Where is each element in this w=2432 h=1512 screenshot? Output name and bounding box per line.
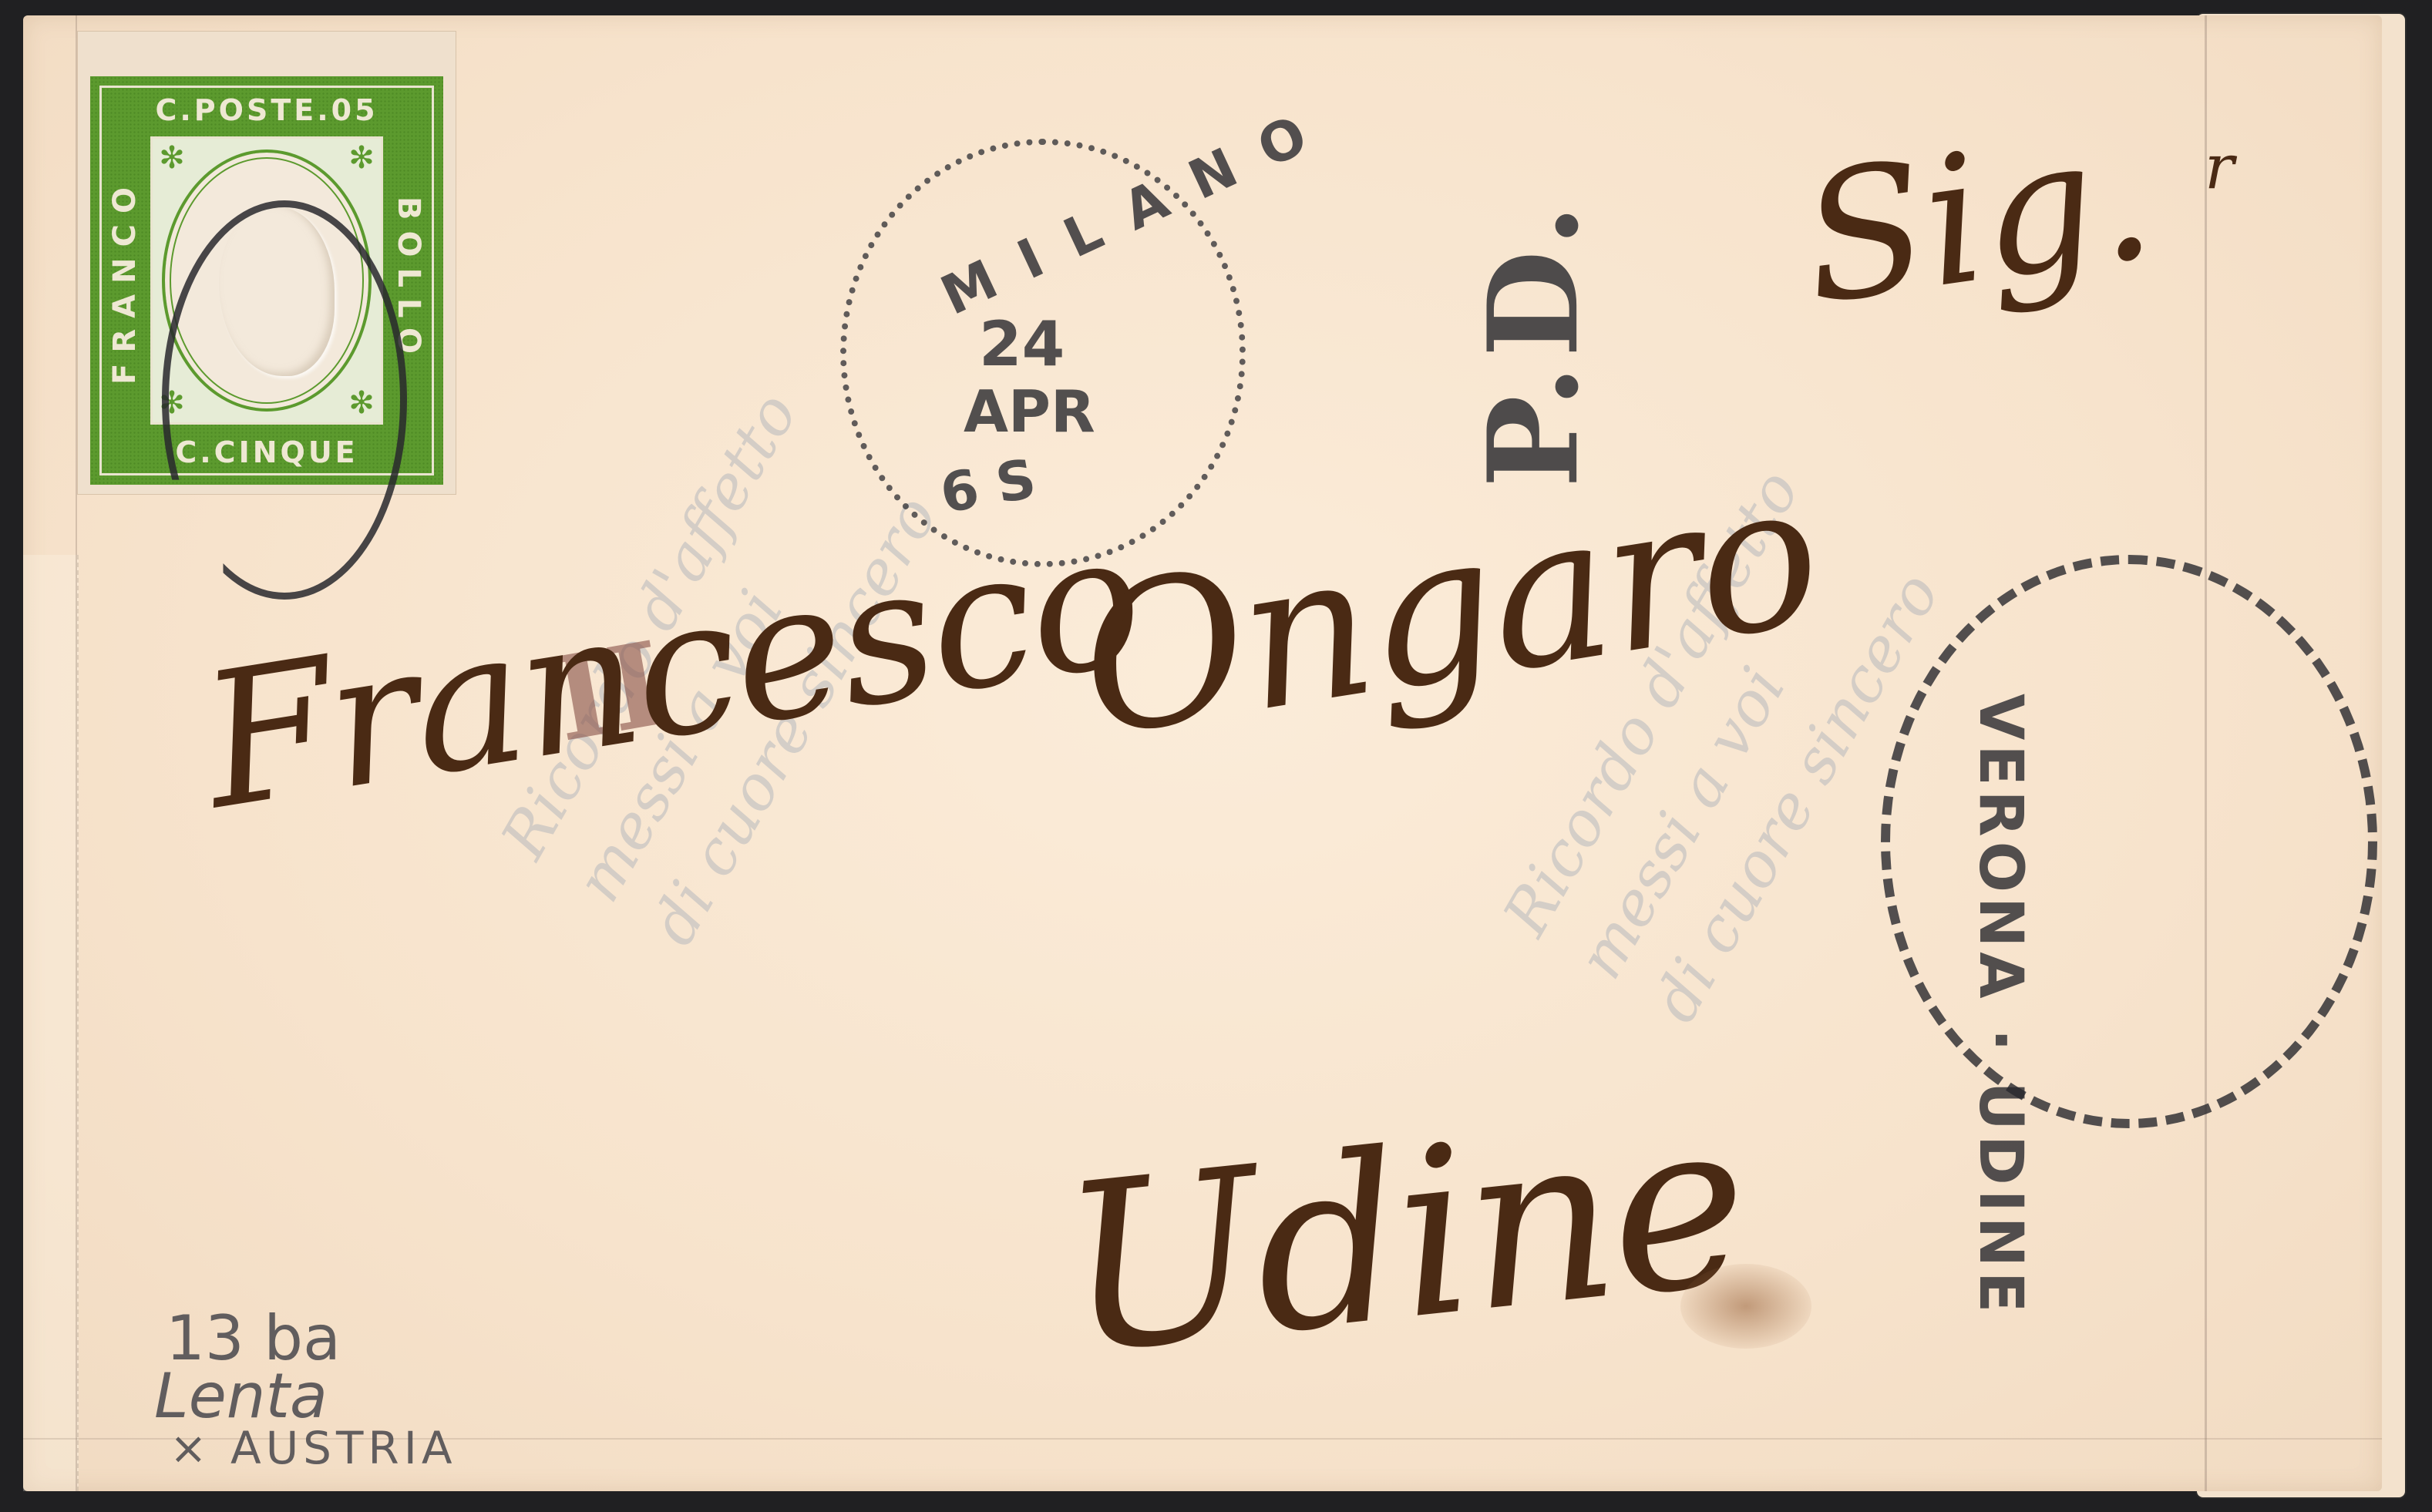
ornament-icon: ✻ [153,139,191,177]
left-flap [23,555,79,1491]
ornament-icon: ✻ [342,139,381,177]
ink-stain [1680,1264,1811,1349]
address-salutation-sup: r [2205,131,2234,203]
stamp-left-label: FRANCO [107,176,143,385]
oval-transit-postmark [1881,555,2377,1128]
postmark-month: APR [964,378,1095,445]
pencil-note-destination: × AUSTRIA [170,1422,457,1474]
postmark-day: 24 [979,308,1065,380]
oval-postmark-text: VERONA · UDINE [1966,694,2035,1317]
pd-handstamp: P.D. [1461,197,1606,488]
